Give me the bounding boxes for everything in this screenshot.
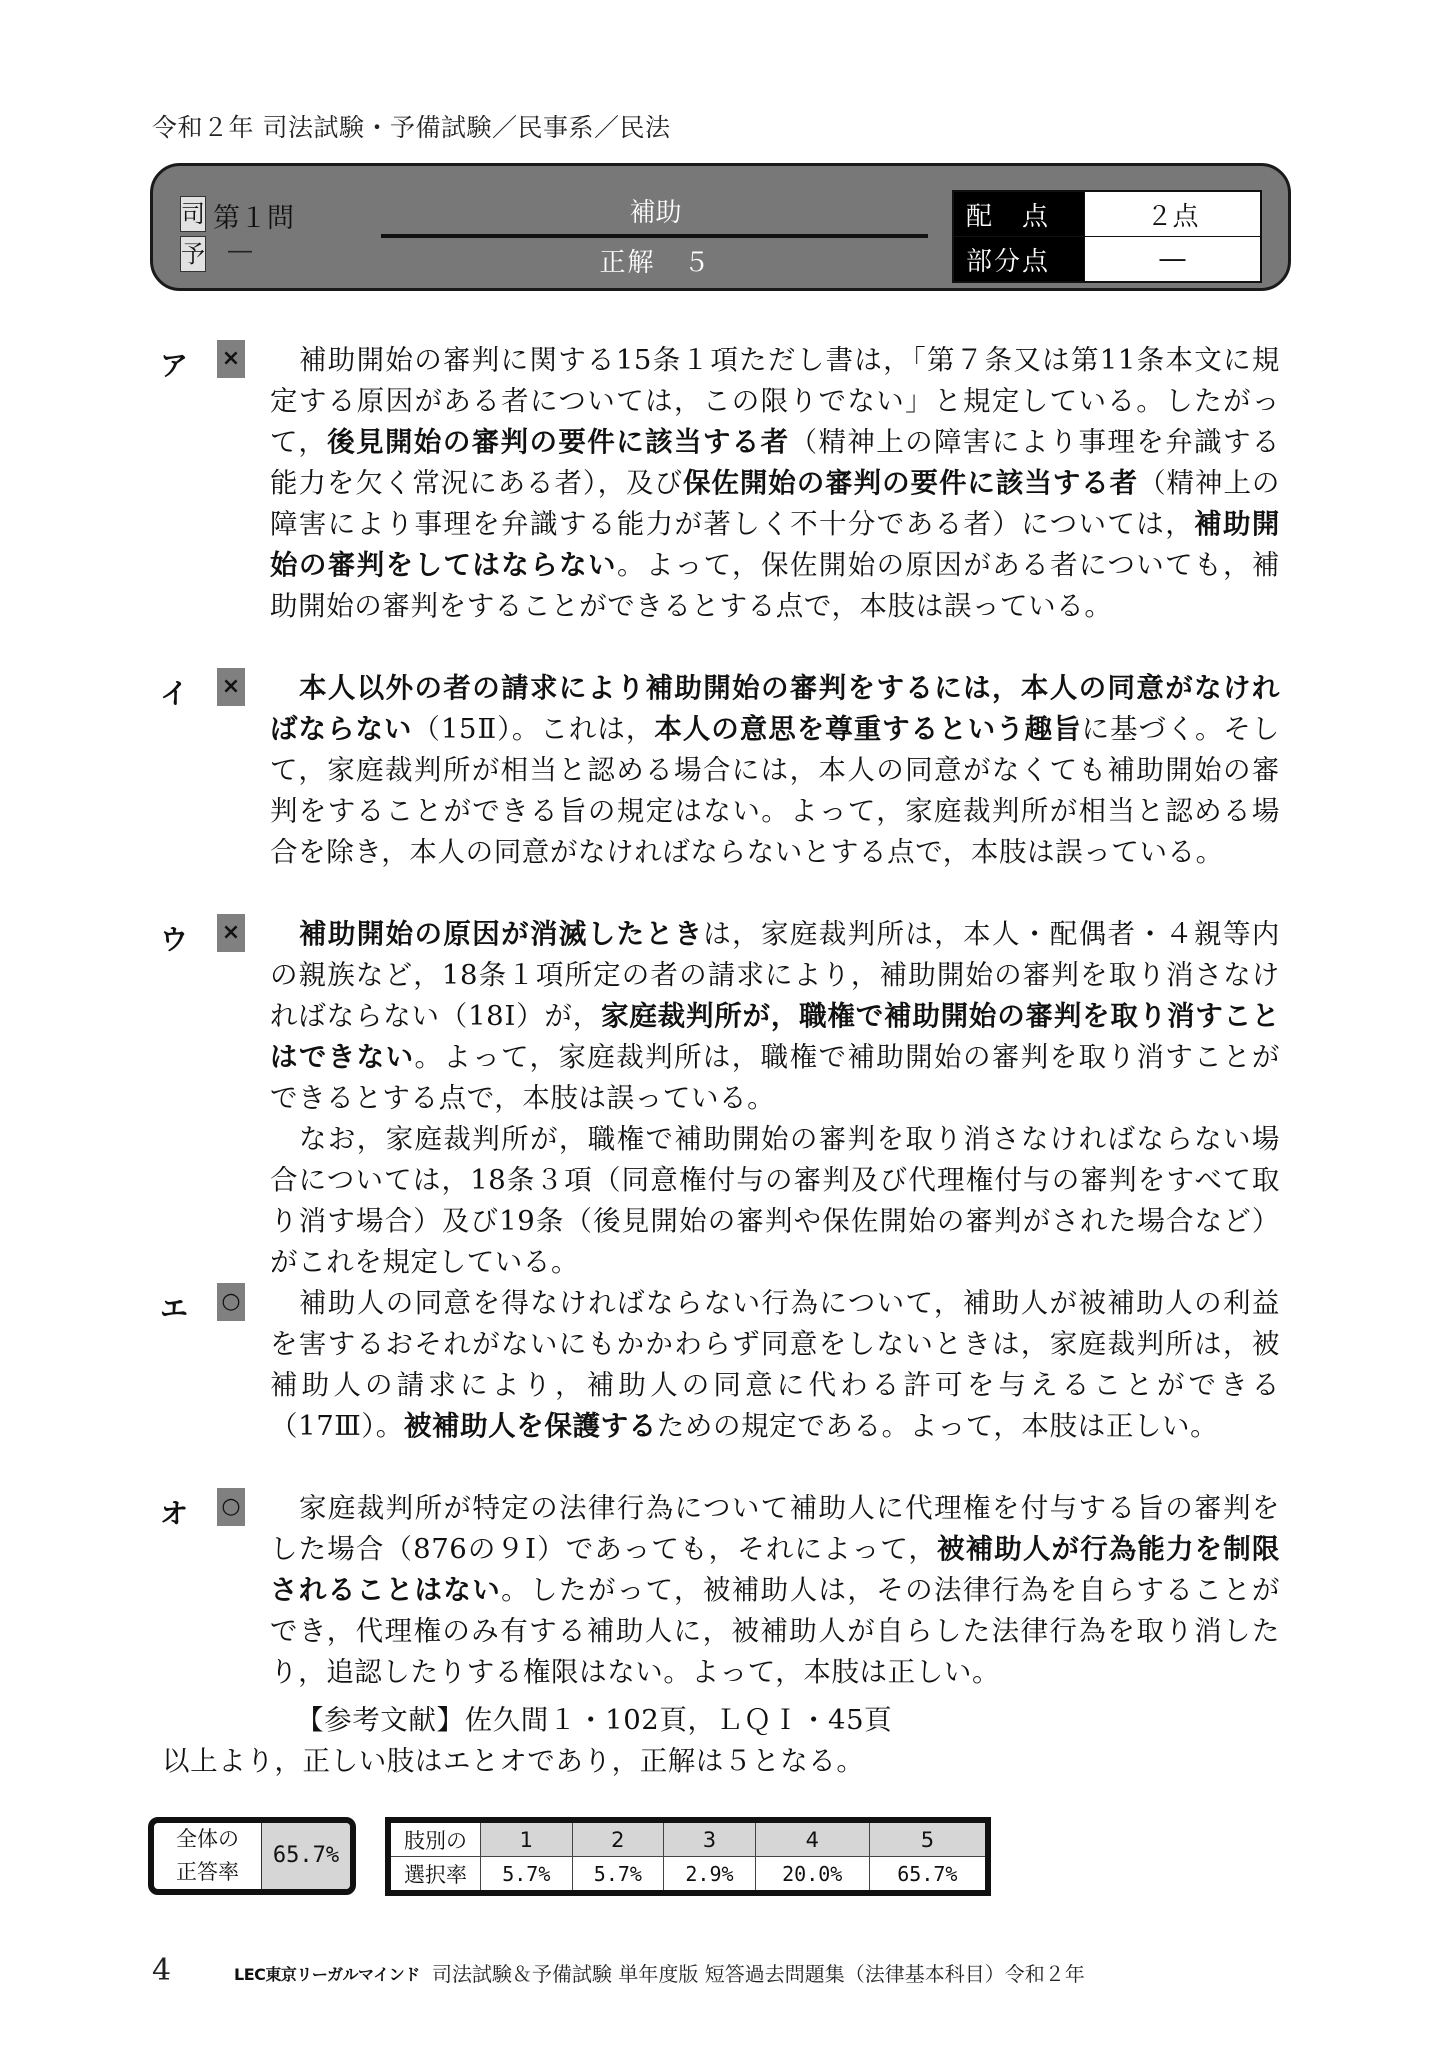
yobi-exam-tag: 予 — [180, 236, 206, 272]
incorrect-mark-icon: × — [217, 340, 245, 378]
conclusion: 以上より，正しい肢はエとオであり，正解は５となる。 — [162, 1738, 865, 1778]
item-label: ウ — [160, 918, 188, 958]
shiho-exam-tag: 司 — [180, 196, 206, 232]
correct-mark-icon: ○ — [217, 1488, 245, 1526]
book-title: 司法試験＆予備試験 単年度版 短答過去問題集（法律基本科目）令和２年 — [432, 1958, 1085, 1987]
partial-score-label: 部分点 — [953, 237, 1085, 283]
item-label: イ — [160, 672, 188, 712]
correct-answer: 正解 ５ — [383, 242, 928, 279]
overall-rate-label: 全体の 正答率 — [154, 1823, 262, 1889]
header-divider — [381, 234, 928, 238]
publisher-logo: LEC東京リーガルマインド — [234, 1962, 420, 1985]
choice-header: 5 — [869, 1820, 988, 1857]
correct-mark-icon: ○ — [217, 1283, 245, 1321]
score-value: ２点 — [1085, 191, 1262, 237]
choice-rate-label-line2: 選択率 — [388, 1857, 481, 1894]
choice-rate: 20.0% — [755, 1857, 869, 1894]
item-explanation: 補助開始の原因が消滅したときは，家庭裁判所は，本人・配偶者・４親等内の親族など，… — [270, 914, 1280, 1119]
score-table: 配 点 ２点 部分点 ― — [952, 190, 1262, 283]
choice-selection-rate-table: 肢別の 1 2 3 4 5 選択率 5.7% 5.7% 2.9% 20.0% 6… — [385, 1817, 991, 1896]
overall-rate-value: 65.7% — [262, 1823, 350, 1889]
choice-rate-label-line1: 肢別の — [388, 1820, 481, 1857]
choice-header: 4 — [755, 1820, 869, 1857]
overall-rate-label-line1: 全体の — [154, 1823, 261, 1856]
item-supplementary-note: なお，家庭裁判所が，職権で補助開始の審判を取り消さなければならない場合については… — [270, 1119, 1280, 1283]
yobi-question-number: ― — [228, 236, 252, 264]
choice-rate: 2.9% — [664, 1857, 756, 1894]
item-label: ア — [160, 344, 188, 384]
choice-header: 2 — [572, 1820, 664, 1857]
partial-score-value: ― — [1085, 237, 1262, 283]
choice-header: 3 — [664, 1820, 756, 1857]
choice-rate: 5.7% — [572, 1857, 664, 1894]
item-explanation: 補助開始の審判に関する15条１項ただし書は，「第７条又は第11条本文に規定する原… — [270, 340, 1280, 627]
item-explanation: 本人以外の者の請求により補助開始の審判をするには，本人の同意がなければならない（… — [270, 668, 1280, 873]
choice-rate: 5.7% — [481, 1857, 573, 1894]
incorrect-mark-icon: × — [217, 914, 245, 952]
item-explanation: 補助人の同意を得なければならない行為について，補助人が被補助人の利益を害するおそ… — [270, 1283, 1280, 1447]
incorrect-mark-icon: × — [217, 668, 245, 706]
overall-correct-rate-box: 全体の 正答率 65.7% — [148, 1817, 356, 1895]
page-number: 4 — [152, 1953, 171, 1988]
item-label: オ — [160, 1492, 188, 1532]
running-head: 令和２年 司法試験・予備試験／民事系／民法 — [152, 108, 670, 144]
question-header-box: 司 予 第１問 ― 補助 正解 ５ 配 点 ２点 部分点 ― — [150, 163, 1291, 291]
item-label: エ — [160, 1287, 188, 1327]
item-explanation: 家庭裁判所が特定の法律行為について補助人に代理権を付与する旨の審判をした場合（8… — [270, 1488, 1280, 1693]
score-label: 配 点 — [953, 191, 1085, 237]
question-topic: 補助 — [383, 192, 928, 229]
question-number: 第１問 — [213, 196, 294, 235]
choice-header: 1 — [481, 1820, 573, 1857]
choice-rate: 65.7% — [869, 1857, 988, 1894]
overall-rate-label-line2: 正答率 — [154, 1856, 261, 1889]
reference-citation: 【参考文献】佐久間１・102頁，ＬＱＩ・45頁 — [296, 1697, 892, 1737]
